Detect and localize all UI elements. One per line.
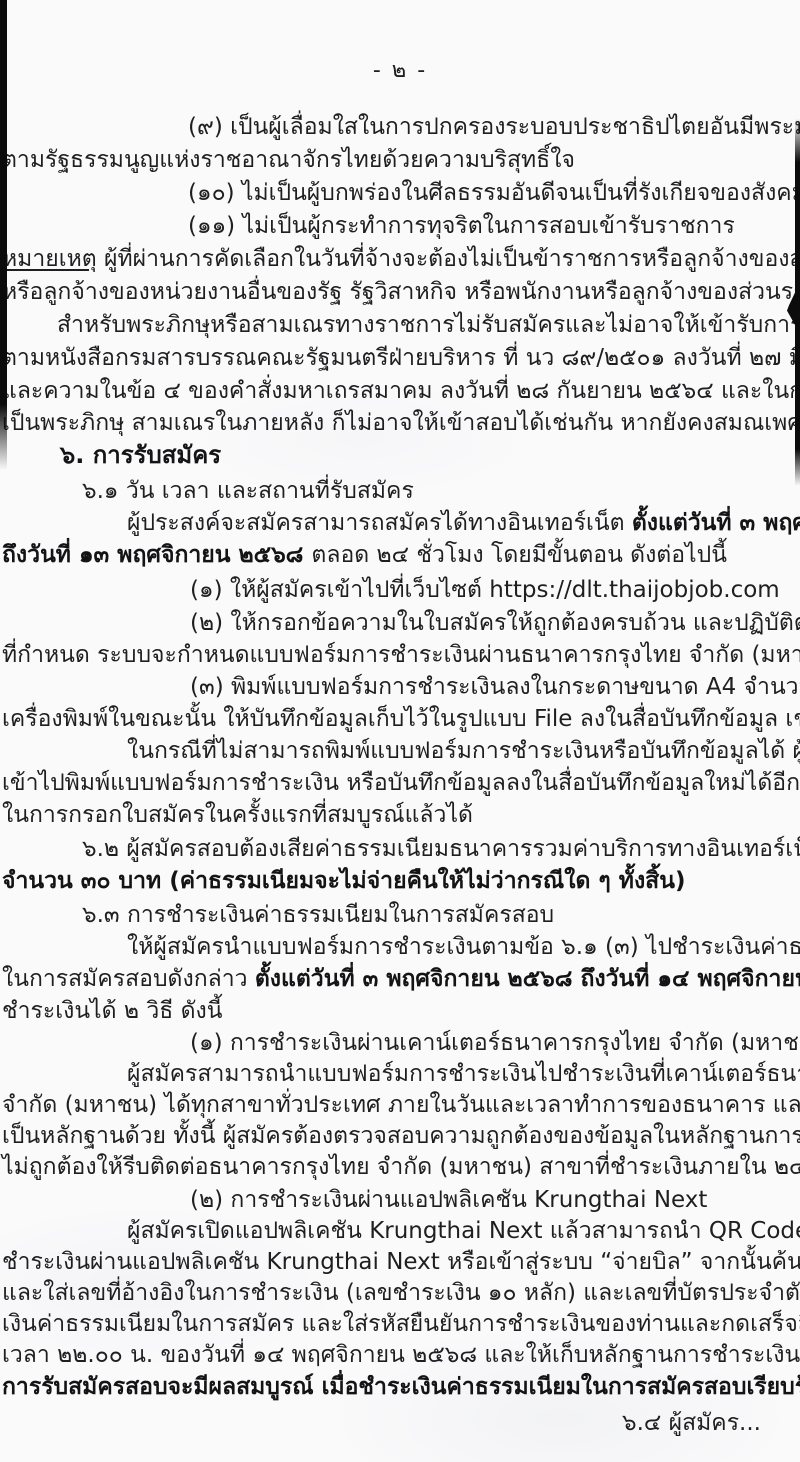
step-2-line-2: ที่กำหนด ระบบจะกำหนดแบบฟอร์มการชำระเงินผ… bbox=[2, 640, 800, 670]
apply-period-line-1: ผู้ประสงค์จะสมัครสามารถสมัครได้ทางอินเทอ… bbox=[127, 508, 800, 538]
pay-period-line-3: ชำระเงินได้ ๒ วิธี ดังนี้ bbox=[2, 996, 223, 1026]
completion-statement: การรับสมัครสอบจะมีผลสมบูรณ์ เมื่อชำระเงิ… bbox=[2, 1372, 800, 1402]
section-6-1-heading: ๖.๑ วัน เวลา และสถานที่รับสมัคร bbox=[82, 476, 414, 506]
page-number: - ๒ - bbox=[0, 52, 800, 87]
clause-11: (๑๑) ไม่เป็นผู้กระทำการทุจริตในการสอบเข้… bbox=[188, 211, 735, 241]
clause-9-line-2: ตามรัฐธรรมนูญแห่งราชอาณาจักรไทยด้วยความบ… bbox=[2, 145, 575, 175]
apply-period-line-2: ถึงวันที่ ๑๓ พฤศจิกายน ๒๕๖๘ ตลอด ๒๔ ชั่ว… bbox=[2, 540, 727, 570]
step-3-note-line-3: ในการกรอกใบสมัครในครั้งแรกที่สมบูรณ์แล้ว… bbox=[2, 800, 473, 830]
pay-method-1-line-4: ไม่ถูกต้องให้รีบติดต่อธนาคารกรุงไทย จำกั… bbox=[2, 1152, 800, 1182]
remark-line-2: หรือลูกจ้างของหน่วยงานอื่นของรัฐ รัฐวิสา… bbox=[2, 277, 800, 307]
monk-para-line-4: เป็นพระภิกษุ สามเณรในภายหลัง ก็ไม่อาจให้… bbox=[2, 408, 800, 438]
section-6-3-heading: ๖.๓ การชำระเงินค่าธรรมเนียมในการสมัครสอบ bbox=[82, 900, 554, 930]
step-3-line-1: (๓) พิมพ์แบบฟอร์มการชำระเงินลงในกระดาษขน… bbox=[190, 672, 800, 702]
step-3-note-line-2: เข้าไปพิมพ์แบบฟอร์มการชำระเงิน หรือบันทึ… bbox=[2, 768, 800, 798]
pay-method-1-line-1: ผู้สมัครสามารถนำแบบฟอร์มการชำระเงินไปชำร… bbox=[127, 1059, 800, 1089]
pay-method-1-heading: (๑) การชำระเงินผ่านเคาน์เตอร์ธนาคารกรุงไ… bbox=[190, 1028, 800, 1058]
monk-para-line-1: สำหรับพระภิกษุหรือสามเณรทางราชการไม่รับส… bbox=[57, 310, 800, 340]
step-1-website: (๑) ให้ผู้สมัครเข้าไปที่เว็บไซต์ https:/… bbox=[190, 575, 780, 605]
step-3-line-2: เครื่องพิมพ์ในขณะนั้น ให้บันทึกข้อมูลเก็… bbox=[2, 704, 800, 734]
section-6-heading: ๖. การรับสมัคร bbox=[60, 440, 221, 470]
clause-9-line-1: (๙) เป็นผู้เลื่อมใสในการปกครองระบอบประชา… bbox=[188, 112, 800, 142]
clause-10: (๑๐) ไม่เป็นผู้บกพร่องในศีลธรรมอันดีจนเป… bbox=[188, 178, 800, 208]
pay-method-1-line-2: จำกัด (มหาชน) ได้ทุกสาขาทั่วประเทศ ภายใน… bbox=[2, 1090, 800, 1120]
step-3-note-line-1: ในกรณีที่ไม่สามารถพิมพ์แบบฟอร์มการชำระเง… bbox=[127, 736, 800, 766]
remark-line-1: หมายเหตุ ผู้ที่ผ่านการคัดเลือกในวันที่จ้… bbox=[2, 244, 800, 274]
scanned-document-page: - ๒ - (๙) เป็นผู้เลื่อมใสในการปกครองระบอ… bbox=[0, 0, 800, 1462]
monk-para-line-3: และความในข้อ ๔ ของคำสั่งมหาเถรสมาคม ลงวั… bbox=[2, 376, 800, 406]
pay-method-2-line-4: เงินค่าธรรมเนียมในการสมัคร และใส่รหัสยืน… bbox=[2, 1309, 800, 1339]
pay-method-2-line-5: เวลา ๒๒.๐๐ น. ของวันที่ ๑๔ พฤศจิกายน ๒๕๖… bbox=[2, 1340, 800, 1370]
pay-method-2-heading: (๒) การชำระเงินผ่านแอปพลิเคชัน Krungthai… bbox=[190, 1185, 707, 1215]
pay-period-line-1: ให้ผู้สมัครนำแบบฟอร์มการชำระเงินตามข้อ ๖… bbox=[127, 932, 800, 962]
step-2-line-1: (๒) ให้กรอกข้อความในใบสมัครให้ถูกต้องครบ… bbox=[190, 608, 800, 638]
continuation-marker: ๖.๔ ผู้สมัคร... bbox=[622, 1405, 761, 1441]
pay-method-2-line-1: ผู้สมัครเปิดแอปพลิเคชัน Krungthai Next แ… bbox=[127, 1216, 800, 1246]
section-6-2-line-1: ๖.๒ ผู้สมัครสอบต้องเสียค่าธรรมเนียมธนาคา… bbox=[82, 834, 800, 864]
pay-method-2-line-3: และใส่เลขที่อ้างอิงในการชำระเงิน (เลขชำร… bbox=[2, 1278, 800, 1308]
pay-method-2-line-2: ชำระเงินผ่านแอปพลิเคชัน Krungthai Next ห… bbox=[2, 1247, 800, 1277]
scan-artifact-left-edge bbox=[0, 0, 7, 470]
pay-period-line-2: ในการสมัครสอบดังกล่าว ตั้งแต่วันที่ ๓ พฤ… bbox=[2, 964, 800, 994]
monk-para-line-2: ตามหนังสือกรมสารบรรณคณะรัฐมนตรีฝ่ายบริหา… bbox=[2, 343, 800, 373]
pay-method-1-line-3: เป็นหลักฐานด้วย ทั้งนี้ ผู้สมัครต้องตรวจ… bbox=[2, 1121, 800, 1151]
section-6-2-line-2: จำนวน ๓๐ บาท (ค่าธรรมเนียมจะไม่จ่ายคืนให… bbox=[2, 866, 685, 896]
